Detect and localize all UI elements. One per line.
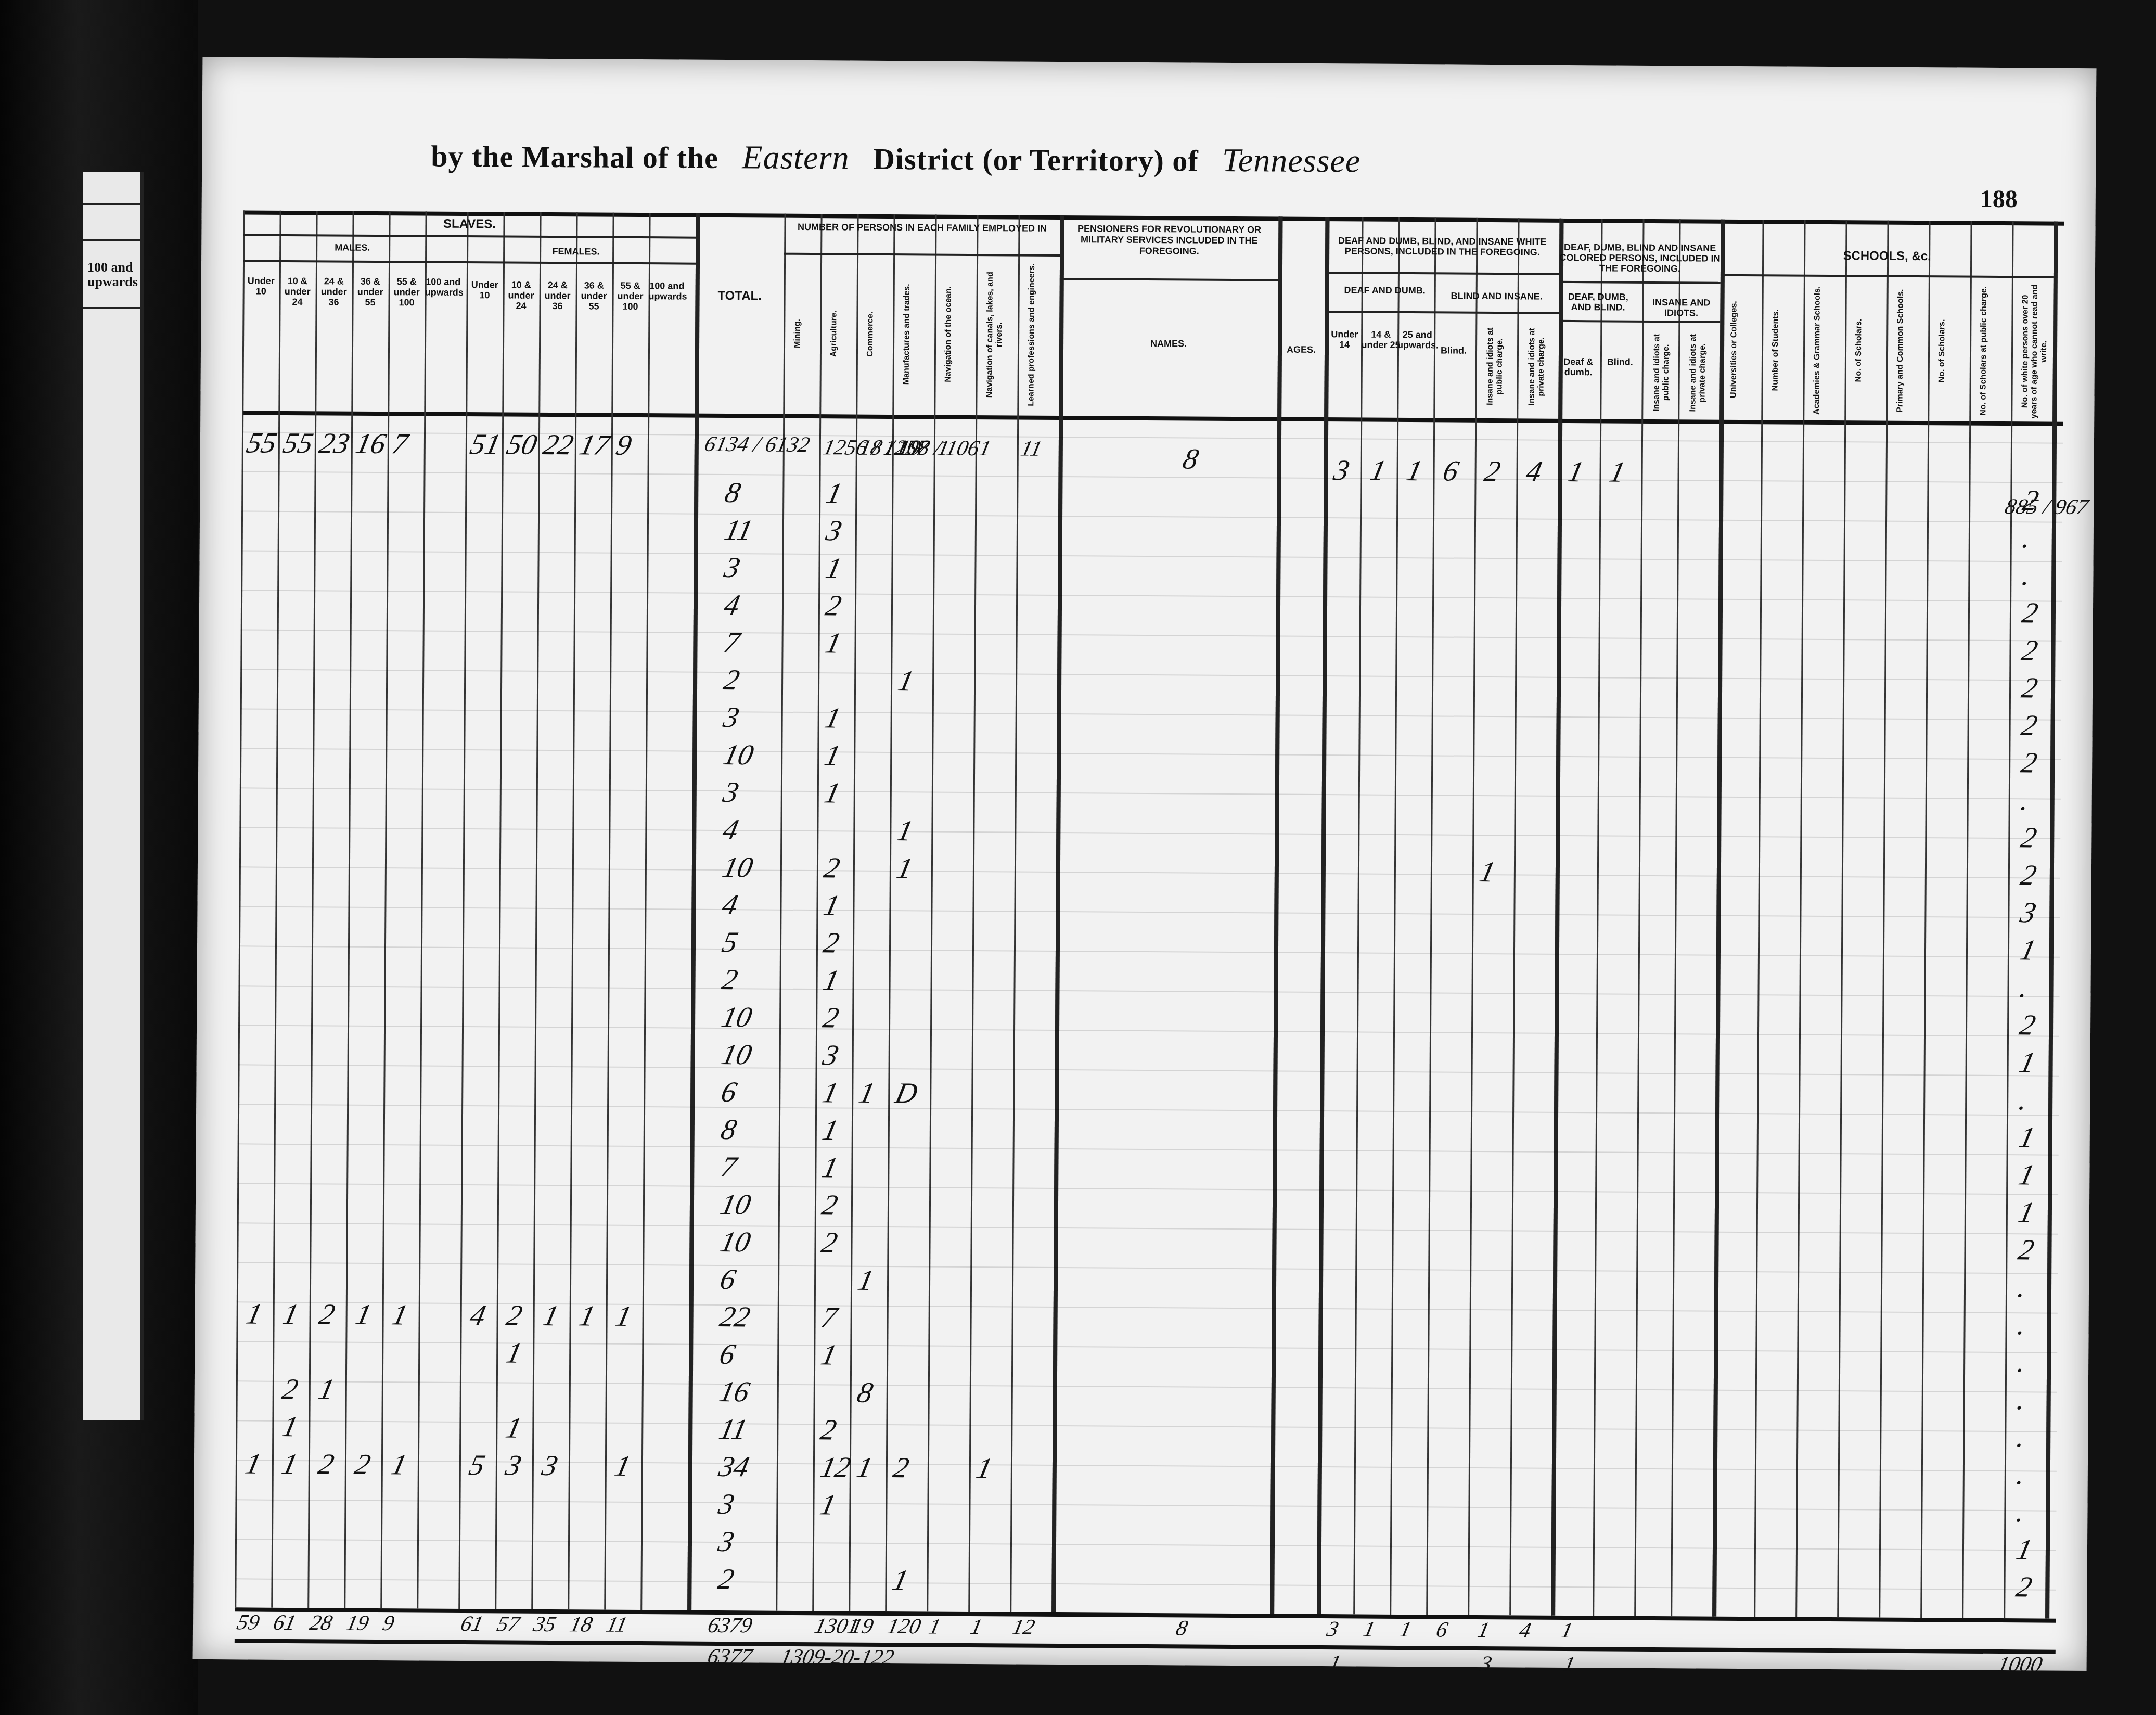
row-agriculture: 1 [823, 477, 845, 510]
title-prefix: by the Marshal of the [431, 139, 718, 175]
row-agriculture: 1 [822, 701, 844, 735]
males-header: MALES. [243, 241, 461, 254]
row-agriculture: 1 [817, 1488, 839, 1521]
summary-white: 1 [1404, 454, 1426, 488]
schools-header: SCHOOLS, &c. [1721, 248, 2054, 265]
row-agriculture: 12 [817, 1451, 854, 1484]
ledger-gridline [238, 1143, 2059, 1155]
slave-female-age-col: 36 & under 55 [575, 280, 612, 311]
ledger-gridline [242, 471, 2063, 483]
row-illiterate: 2 [2017, 1008, 2038, 1042]
row-illiterate: 2 [2018, 859, 2039, 892]
column-line [1353, 217, 1363, 1615]
totals-colored: 1 [1559, 1618, 1575, 1643]
totals-total: 6379 [705, 1613, 754, 1638]
row-total: 2 [715, 1563, 737, 1596]
row-illiterate: 1 [2017, 933, 2039, 967]
row-illiterate: 3 [2017, 896, 2039, 929]
white-blind-col: Blind. [1434, 345, 1473, 355]
ledger-gridline [236, 1380, 2057, 1392]
row-illiterate: 2 [2018, 746, 2040, 779]
row-agriculture: 3 [823, 514, 845, 547]
ledger-gridline [237, 1222, 2058, 1234]
ledger-gridline [238, 1025, 2059, 1036]
white-deaf-col: 14 & under 25 [1361, 329, 1401, 350]
employed-col: Agriculture. [829, 261, 839, 406]
summary-white: 1 [1367, 454, 1389, 488]
ledger-gridline [239, 985, 2060, 997]
ledger-gridline [238, 1064, 2059, 1076]
column-line [640, 213, 650, 1610]
totals-slave-female: 35 [531, 1612, 558, 1637]
district-name: Eastern [742, 138, 850, 177]
row-total: 10 [720, 738, 756, 772]
employed-group-header: NUMBER OF PERSONS IN EACH FAMILY EMPLOYE… [784, 222, 1060, 234]
column-line [1671, 219, 1680, 1616]
column-line [458, 212, 468, 1609]
ledger-gridline [240, 748, 2061, 760]
census-page: by the Marshal of the Eastern District (… [193, 57, 2097, 1671]
column-line [1837, 220, 1847, 1617]
section-divider [2045, 222, 2058, 1619]
row-total: 34 [716, 1450, 752, 1483]
row-total: 2 [721, 663, 742, 697]
colored-deaf-header: DEAF, DUMB, AND BLIND. [1559, 291, 1637, 313]
colored-sub-rule [1559, 320, 1720, 323]
row-navigation-canals: 1 [973, 1452, 995, 1485]
row-total: 11 [716, 1413, 750, 1446]
column-line [1426, 217, 1436, 1615]
white-rule [1325, 272, 1559, 275]
totals-white-below: 3 [1478, 1652, 1494, 1676]
ledger-gridline [239, 866, 2060, 878]
row-agriculture: 1 [823, 552, 844, 585]
summary-employed: 11 [1019, 437, 1044, 462]
section-divider [1051, 215, 1064, 1612]
row-total: 5 [719, 926, 741, 959]
row-illiterate: . [2020, 521, 2034, 555]
column-line [885, 214, 895, 1611]
totals-slave-female: 18 [568, 1612, 595, 1637]
totals-slave-female: 11 [604, 1612, 630, 1637]
colored-insane-col: Insane and idiots at public charge. [1652, 328, 1671, 417]
row-slave-male: 2 [315, 1448, 337, 1481]
slave-female-age-col: 24 & under 36 [539, 280, 575, 311]
column-line [271, 211, 281, 1608]
slave-male-age-col: Under 10 [243, 275, 279, 296]
section-divider [1712, 220, 1725, 1617]
summary-white: 3 [1331, 454, 1353, 487]
ledger-gridline [241, 590, 2062, 601]
title-middle: District (or Territory) of [873, 142, 1199, 178]
row-illiterate: . [2016, 1083, 2031, 1117]
row-slave-male: 2 [352, 1448, 374, 1481]
employed-col: Mining. [792, 261, 803, 406]
row-illiterate: 1 [2016, 1121, 2038, 1154]
row-commerce: 1 [855, 1264, 877, 1297]
row-slave-female: 1 [503, 1337, 525, 1370]
totals-employed: 1 [968, 1615, 984, 1640]
header-rule-bottom [242, 411, 2063, 426]
ledger-gridline [241, 510, 2062, 522]
column-line [1593, 219, 1602, 1616]
row-agriculture: 1 [819, 1114, 841, 1147]
totals-slave-male: 19 [344, 1611, 371, 1636]
row-illiterate: . [2014, 1420, 2029, 1454]
row-illiterate: 2 [2016, 1233, 2037, 1266]
employed-col: Navigation of the ocean. [943, 262, 954, 407]
column-line [1634, 219, 1644, 1616]
totals-slave-male: 61 [271, 1610, 298, 1635]
ledger-gridline [240, 787, 2061, 799]
row-slave-female: 5 [466, 1449, 488, 1482]
section-divider [1317, 217, 1329, 1614]
row-illiterate: 2 [2019, 709, 2040, 742]
territory-name: Tennessee [1222, 141, 1361, 181]
row-agriculture: 1 [819, 1076, 841, 1109]
ledger-gridline [241, 629, 2062, 641]
row-slave-female: 1 [612, 1450, 634, 1483]
row-agriculture: 1 [821, 889, 843, 922]
row-manufactures: D [892, 1077, 920, 1110]
row-slave-male: 2 [279, 1373, 301, 1406]
slave-female-age-col: Under 10 [467, 279, 503, 300]
row-total: 10 [717, 1225, 754, 1259]
totals-colored-below: 1 [1561, 1652, 1577, 1677]
slave-male-age-col: 100 and upwards [425, 277, 461, 298]
ledger-gridline [235, 1539, 2056, 1551]
column-line [568, 212, 577, 1609]
row-illiterate: 2 [2013, 1570, 2035, 1604]
row-total: 3 [720, 776, 742, 809]
column-line [1509, 218, 1519, 1615]
row-total: 10 [718, 1038, 755, 1071]
row-commerce: 1 [856, 1077, 878, 1110]
row-slave-male: 1 [316, 1373, 338, 1406]
row-illiterate: . [2014, 1346, 2029, 1379]
summary-pensioners: 8 [1180, 442, 1202, 476]
row-total: 6 [718, 1076, 740, 1109]
row-illiterate: 1 [2016, 1158, 2037, 1192]
schools-col: No. of Scholars. [1854, 283, 1864, 418]
ledger-gridline [237, 1183, 2058, 1195]
totals-employed: 19 [849, 1614, 876, 1639]
column-line [307, 211, 317, 1608]
column-line [927, 215, 936, 1612]
totals-white: 1 [1361, 1617, 1377, 1642]
column-line [1795, 220, 1805, 1617]
schools-col: Universities or Colleges. [1729, 282, 1739, 417]
section-divider [1270, 217, 1282, 1614]
row-total: 6 [717, 1263, 739, 1296]
row-slave-male: 1 [279, 1448, 301, 1481]
ledger-gridline [241, 550, 2062, 562]
row-white-insane: 1 [1477, 855, 1498, 889]
row-manufactures: 1 [890, 1564, 912, 1597]
row-agriculture: 2 [821, 851, 843, 885]
row-manufactures: 2 [890, 1451, 912, 1484]
column-line [235, 210, 245, 1607]
column-line [380, 211, 390, 1608]
row-commerce: 8 [854, 1376, 876, 1410]
totals-employed-corrected: 1309-20-122 [778, 1645, 896, 1670]
summary-white: 2 [1482, 455, 1504, 488]
column-line [604, 213, 614, 1610]
ledger-gridline [239, 945, 2060, 957]
row-illiterate: . [2018, 784, 2033, 817]
ledger-gridline [235, 1499, 2056, 1511]
row-agriculture: 2 [819, 1226, 841, 1259]
row-total: 16 [716, 1375, 753, 1409]
totals-white: 1 [1475, 1618, 1492, 1643]
row-illiterate: 2 [2019, 671, 2040, 705]
schools-col: No. of Scholars at public charge. [1979, 284, 1989, 419]
slave-male-age-col: 24 & under 36 [316, 276, 352, 307]
page-title: by the Marshal of the Eastern District (… [431, 136, 1376, 181]
column-line [1754, 220, 1764, 1617]
row-illiterate: 1 [2016, 1196, 2037, 1229]
summary-colored: 1 [1607, 455, 1628, 489]
totals-white: 1 [1397, 1617, 1414, 1642]
totals-white: 6 [1434, 1617, 1450, 1642]
totals-white: 3 [1325, 1617, 1341, 1642]
row-agriculture: 1 [820, 964, 842, 997]
ledger-gridline [238, 1104, 2059, 1116]
row-total: 3 [721, 701, 742, 734]
row-agriculture: 1 [818, 1338, 840, 1372]
row-total: 7 [721, 626, 743, 659]
slave-male-age-col: 10 & under 24 [279, 276, 316, 307]
totals-slave-male: 28 [307, 1610, 335, 1635]
colored-deaf-col: Blind. [1600, 356, 1640, 367]
column-line [968, 215, 978, 1612]
ledger-gridline [239, 827, 2060, 839]
employed-col: Commerce. [865, 261, 876, 407]
section-divider [687, 213, 700, 1610]
row-agriculture: 1 [819, 1151, 841, 1184]
schools-col: Academies & Grammar Schools. [1812, 283, 1823, 418]
row-illiterate: . [2019, 559, 2034, 592]
row-illiterate: . [2017, 971, 2032, 1004]
slave-female-age-col: 55 & under 100 [612, 280, 648, 312]
slave-female-age-col: 10 & under 24 [503, 279, 539, 311]
slave-male-age-col: 36 & under 55 [352, 276, 389, 308]
employed-col: Learned professions and engineers. [1026, 262, 1037, 408]
summary-colored: 1 [1565, 455, 1587, 489]
employed-col: Navigation of canals, lakes, and rivers. [985, 262, 1005, 407]
totals-illiterate: 1000 [1995, 1652, 2044, 1677]
totals-slave-male: 9 [380, 1611, 396, 1636]
age-rule [243, 260, 696, 264]
colored-insane-col: Insane and idiots at private charge. [1688, 328, 1708, 417]
row-slave-female: 1 [503, 1412, 524, 1445]
row-agriculture: 2 [820, 1001, 842, 1034]
row-illiterate: 2 [2019, 634, 2041, 667]
employed-col: Manufactures and trades. [902, 261, 912, 407]
totals-rule-bottom [235, 1639, 2056, 1654]
column-line [776, 214, 786, 1611]
white-blind-header: BLIND AND INSANE. [1434, 290, 1559, 301]
column-line [1390, 217, 1400, 1615]
row-total: 6 [716, 1338, 738, 1371]
column-line [1962, 221, 1972, 1618]
totals-total-corrected: 6377 [705, 1644, 754, 1669]
row-total: 2 [719, 963, 741, 996]
totals-slave-female: 57 [495, 1611, 522, 1636]
summary-illiterate: 885 / 967 [2003, 494, 2090, 520]
row-illiterate: . [2015, 1271, 2030, 1304]
row-agriculture: 1 [822, 739, 843, 772]
white-deaf-col: Under 14 [1325, 329, 1364, 350]
colored-deaf-col: Deaf & dumb. [1559, 356, 1598, 377]
summary-white: 4 [1523, 455, 1545, 489]
ledger-gridline [240, 669, 2061, 681]
row-commerce: 1 [854, 1451, 876, 1484]
schools-col: No. of white persons over 20 years of ag… [2020, 284, 2049, 419]
colored-rule [1559, 281, 1721, 284]
row-total: 4 [720, 888, 741, 922]
row-illiterate: . [2013, 1495, 2028, 1529]
row-agriculture: 1 [823, 626, 844, 660]
white-blind-col: Insane and idiots at public charge. [1485, 319, 1505, 413]
totals-employed: 1 [927, 1615, 943, 1640]
ledger-gridline [239, 906, 2060, 918]
row-total: 3 [715, 1488, 737, 1521]
column-line [1010, 215, 1020, 1612]
ages-header: AGES. [1278, 344, 1325, 356]
row-total: 10 [720, 851, 756, 884]
row-slave-female: 3 [503, 1449, 524, 1482]
stub-header-text: 100 and upwards [87, 260, 140, 289]
ledger-gridline [237, 1262, 2058, 1274]
totals-employed: 120 [885, 1614, 923, 1639]
schools-col: Number of Students. [1770, 282, 1781, 417]
white-sub-rule [1325, 311, 1559, 314]
column-line [2004, 221, 2013, 1618]
previous-page-edge: 100 and upwards [83, 172, 144, 1420]
column-line [1468, 218, 1478, 1615]
row-slave-male: 1 [279, 1410, 301, 1443]
white-deaf-header: DEAF AND DUMB. [1325, 285, 1445, 296]
slave-female-age-col: 100 and upwards [649, 280, 685, 301]
column-line [812, 214, 822, 1611]
column-line [417, 212, 427, 1609]
column-line [495, 212, 505, 1609]
totals-white: 4 [1517, 1618, 1533, 1643]
row-agriculture: 2 [820, 926, 842, 959]
totals-white-below: 1 [1327, 1650, 1343, 1675]
row-agriculture: 2 [817, 1413, 839, 1447]
row-manufactures: 1 [894, 852, 916, 885]
totals-slave-male: 59 [235, 1610, 262, 1635]
females-header: FEMALES. [467, 246, 685, 258]
totals-pensioners: 8 [1174, 1616, 1190, 1641]
row-agriculture: 2 [819, 1188, 841, 1222]
schools-col: No. of Scholars. [1937, 283, 1947, 418]
colored-group-header: DEAF, DUMB, BLIND AND INSANE COLORED PER… [1559, 242, 1721, 274]
pensioners-rule [1060, 278, 1278, 281]
row-total: 7 [717, 1150, 739, 1184]
slaves-header: SLAVES. [243, 215, 696, 233]
ledger-gridline [240, 708, 2061, 720]
row-total: 3 [721, 551, 743, 584]
total-header: TOTAL. [696, 289, 784, 304]
slave-male-age-col: 55 & under 100 [389, 276, 425, 308]
pensioners-header: PENSIONERS FOR REVOLUTIONARY OR MILITARY… [1060, 223, 1278, 258]
section-divider [1551, 219, 1563, 1616]
row-manufactures: 1 [895, 664, 917, 698]
row-agriculture: 3 [820, 1039, 842, 1072]
row-total: 10 [717, 1188, 754, 1221]
row-total: 10 [718, 1001, 755, 1034]
white-blind-col: Insane and idiots at private charge. [1527, 319, 1546, 413]
row-total: 8 [722, 476, 743, 509]
row-slave-female: 3 [539, 1449, 561, 1482]
column-line [531, 212, 541, 1609]
column-line [1879, 221, 1889, 1618]
census-table: SLAVES.MALES.FEMALES.Under 10Under 1010 … [235, 182, 2064, 1618]
names-header: NAMES. [1059, 338, 1278, 350]
totals-slave-female: 61 [458, 1611, 485, 1636]
row-slave-male: 1 [242, 1448, 264, 1481]
row-illiterate: . [2014, 1383, 2029, 1416]
row-total: 8 [718, 1113, 740, 1146]
slaves-sub-rule [243, 234, 696, 238]
row-illiterate: 1 [2017, 1046, 2038, 1079]
row-illiterate: . [2014, 1458, 2029, 1491]
row-slave-male: 1 [388, 1448, 410, 1481]
row-agriculture: 1 [822, 776, 843, 810]
totals-employed: 12 [1010, 1615, 1037, 1640]
summary-white: 6 [1440, 455, 1462, 488]
column-line [1920, 221, 1930, 1618]
white-group-header: DEAF AND DUMB, BLIND, AND INSANE WHITE P… [1325, 235, 1559, 258]
summary-total: 6134 / 6132 [702, 432, 812, 457]
row-total: 11 [722, 514, 756, 547]
schools-col: Primary and Common Schools. [1895, 283, 1906, 418]
column-line [344, 211, 354, 1608]
ledger-gridline [235, 1578, 2056, 1590]
white-deaf-col: 25 and upwards. [1397, 329, 1437, 350]
colored-insane-header: INSANE AND IDIOTS. [1642, 297, 1720, 318]
